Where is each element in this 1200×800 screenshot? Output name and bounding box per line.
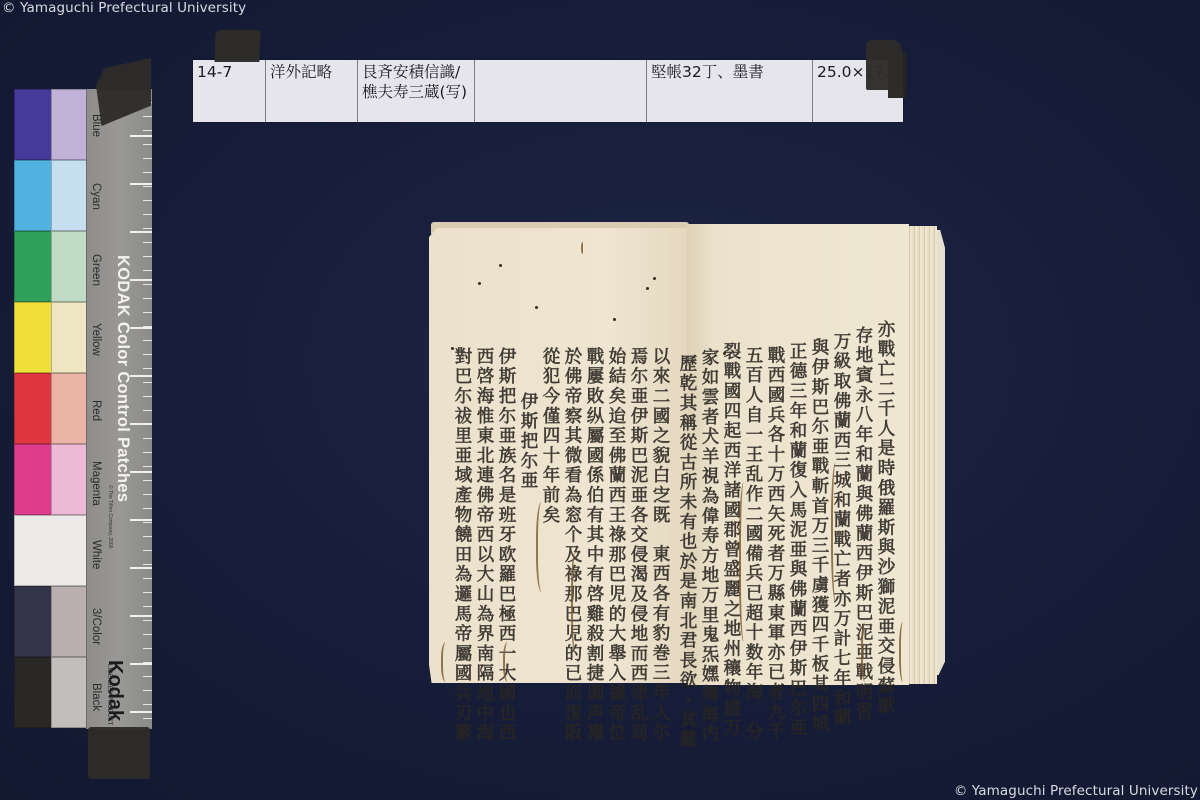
patch-black-light [51,657,87,728]
worm-damage-trail [739,482,751,642]
page-stack [907,226,937,684]
patch-green-dark [14,231,52,302]
copyright-watermark-top: © Yamaguchi Prefectural University [2,0,246,16]
tape-strip [866,40,902,90]
worm-damage-trail [536,502,550,592]
patch-white [14,515,87,586]
catalog-blank-field [475,60,647,122]
patch-blue-dark [14,89,52,160]
text-column: 亦戰亡二千人是時俄羅斯與沙獅泥亜交侵蘇獣 [874,320,896,716]
catalog-format: 堅帳32丁、墨書 [647,60,813,122]
worm-damage-trail [831,462,843,602]
text-column: 始結矣迨至佛蘭西王祿那巴児的大舉入據帝位 [605,347,627,743]
chart-copyright: © The Tiffen Company, 2000 [107,485,113,548]
text-column: 焉尓亜伊斯巴泥亜各交侵渴及侵地而西律乱局 [627,347,649,743]
chart-title: KODAK Color Control Patches [113,255,132,502]
copyright-watermark-bottom: © Yamaguchi Prefectural University [954,783,1198,799]
patch-green-light [51,231,87,302]
worm-damage-trail [899,622,909,682]
patch-label-3color: 3/Color [90,608,102,645]
open-manuscript-book: 以來二國之貎白㝎既𦤺東西各有豹巻三年入尓 焉尓亜伊斯巴泥亜各交侵渴及侵地而西律乱… [421,222,956,688]
worm-damage-trail [581,242,586,254]
worm-hole [646,287,649,290]
worm-damage-trail [441,642,453,682]
worm-hole [451,347,454,350]
ruler-major-ticks [130,89,152,729]
text-column: 以來二國之貎白㝎既𦤺東西各有豹巻三年入尓 [649,347,671,743]
patch-red-light [51,373,87,444]
worm-damage-trail [861,622,871,682]
patch-label-green: Green [90,254,102,286]
text-column: 歷乾其稱從古所未有也於是南北君長欲・其難 [676,354,698,750]
patch-label-white: White [90,540,102,569]
patch-label-magenta: Magenta [90,461,102,506]
patch-label-cyan: Cyan [90,183,102,210]
patch-cyan-light [51,160,87,231]
patch-3color-light [51,586,87,657]
worm-hole [723,352,726,355]
text-column: 對巴尓祓里亜域產物饒田為邏馬帝屬國兵刃繁 [451,347,473,743]
tape-strip [88,727,150,779]
text-column: 西啓海惟東北連佛帝西以大山為界南隔地中海 [473,347,495,743]
worm-hole [535,306,538,309]
text-column: 戰西國兵各十万西矢死者万縣東軍亦已者九千 [764,346,786,742]
patch-label-black: Black [90,683,102,711]
section-heading-column: 伊斯把尓亜 [517,392,539,491]
patch-label-red: Red [90,400,102,421]
tape-strip [214,30,260,62]
catalog-author: 艮斉安積信識/樵夫寿三蔵(写) [358,60,475,122]
licensed-product-text: LICENSED PRODUCT [106,664,112,725]
text-column: 伊斯把尓亜族名是班牙欧羅巴極西一大國也西 [495,347,517,743]
worm-hole [478,282,481,285]
patch-red-dark [14,373,52,444]
catalog-label-card: 14-7 洋外記略 艮斉安積信識/樵夫寿三蔵(写) 堅帳32丁、墨書 25.0×… [193,60,903,122]
patch-cyan-dark [14,160,52,231]
worm-hole [499,264,502,267]
patch-label-blue: Blue [90,114,102,137]
worm-hole [613,318,616,321]
worm-damage-trail [571,552,581,652]
color-control-patches [14,89,90,729]
patch-label-yellow: Yellow [90,323,102,356]
patch-blue-light [51,89,87,160]
worm-damage-trail [503,642,515,682]
catalog-title: 洋外記略 [266,60,358,122]
text-column: 與伊斯巴尓亜戰斬首万三千虜獲四千板其四城 [808,338,830,734]
text-column: 於佛帝察其微看為窓个及祿那巴児的已而復販 [561,347,583,743]
text-column: 戰屢敗纵屬國係伯有其中有啓雞殺割捷御声襮 [583,347,605,743]
patch-yellow-dark [14,302,52,373]
worm-hole [653,277,656,280]
text-column: 從犯今僅四十年前矣 [539,347,561,525]
patch-yellow-light [51,302,87,373]
text-column: 家如雲者犬羊視為偉寿方地万里鬼炁嫼舞海内 [698,348,720,744]
patch-black-dark [14,657,52,728]
patch-magenta-light [51,444,87,515]
text-column: 正德三年和蘭復入馬泥亜與佛蘭西伊斯巴尓亜 [786,342,808,738]
catalog-id: 14-7 [193,60,266,122]
patch-3color-dark [14,586,52,657]
patch-magenta-dark [14,444,52,515]
